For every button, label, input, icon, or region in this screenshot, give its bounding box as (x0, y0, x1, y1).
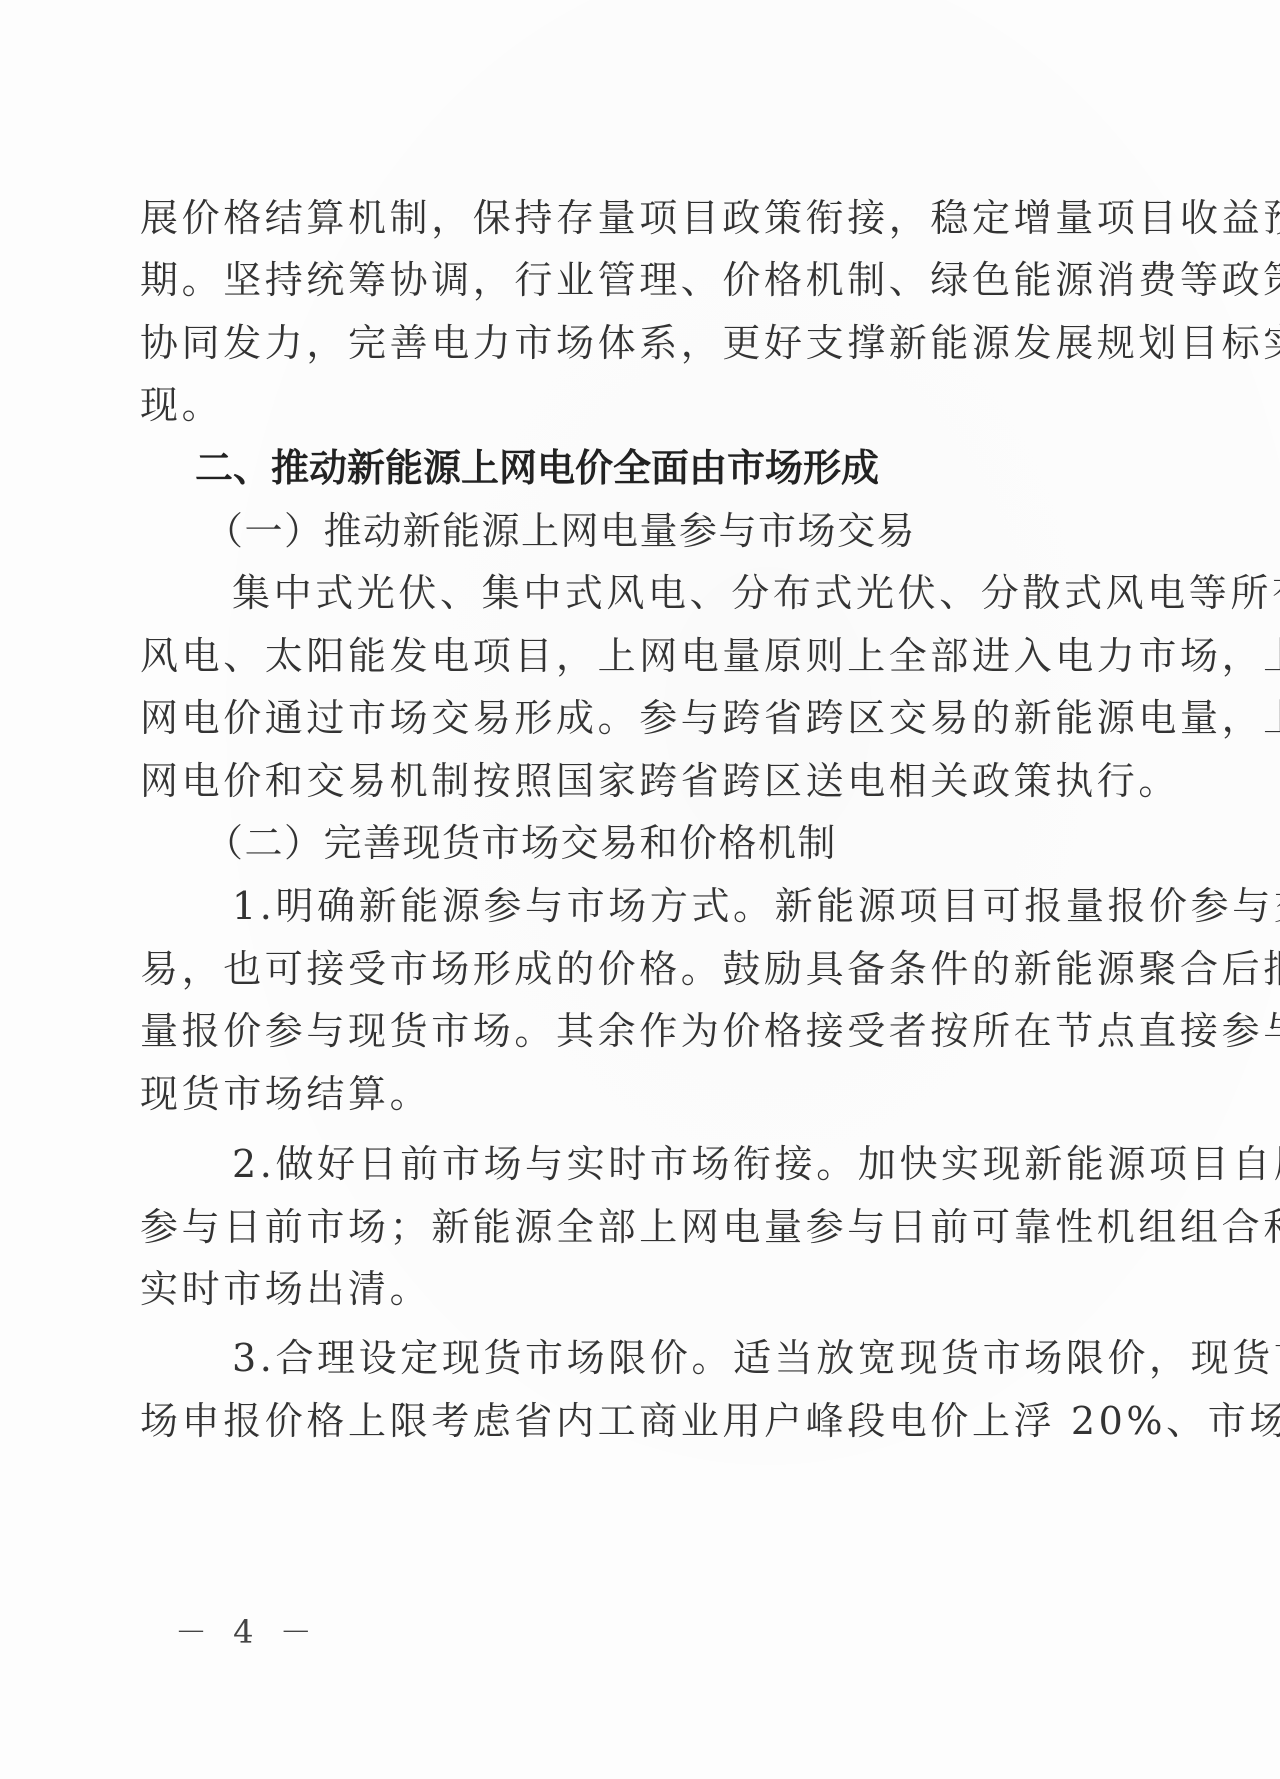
section-heading: 二、推动新能源上网电价全面由市场形成 (195, 443, 879, 493)
list-item-line: 参与日前市场；新能源全部上网电量参与日前可靠性机组组合和 (140, 1202, 1135, 1252)
paragraph-line: 展价格结算机制，保持存量项目政策衔接，稳定增量项目收益预 (140, 193, 1135, 243)
paragraph-line: 风电、太阳能发电项目，上网电量原则上全部进入电力市场，上 (140, 631, 1135, 681)
list-item-line: 3.合理设定现货市场限价。适当放宽现货市场限价，现货市 (232, 1333, 1135, 1383)
document-page: 展价格结算机制，保持存量项目政策衔接，稳定增量项目收益预 期。坚持统筹协调，行业… (0, 0, 1280, 1779)
paragraph-line: 期。坚持统筹协调，行业管理、价格机制、绿色能源消费等政策 (140, 255, 1135, 305)
subsection-heading: （一）推动新能源上网电量参与市场交易 (205, 506, 916, 556)
paragraph-line: 现。 (140, 380, 1135, 430)
list-item-line: 2.做好日前市场与实时市场衔接。加快实现新能源项目自愿 (232, 1139, 1135, 1189)
paragraph-line: 集中式光伏、集中式风电、分布式光伏、分散式风电等所有 (232, 568, 1135, 618)
page-number: － 4 － (175, 1610, 320, 1654)
subsection-heading: （二）完善现货市场交易和价格机制 (205, 818, 837, 868)
paragraph-line: 网电价和交易机制按照国家跨省跨区送电相关政策执行。 (140, 756, 1135, 806)
list-item-line: 量报价参与现货市场。其余作为价格接受者按所在节点直接参与 (140, 1006, 1135, 1056)
paragraph-line: 网电价通过市场交易形成。参与跨省跨区交易的新能源电量，上 (140, 693, 1135, 743)
list-item-line: 易，也可接受市场形成的价格。鼓励具备条件的新能源聚合后报 (140, 944, 1135, 994)
list-item-line: 实时市场出清。 (140, 1264, 1135, 1314)
paragraph-line: 协同发力，完善电力市场体系，更好支撑新能源发展规划目标实 (140, 318, 1135, 368)
list-item-line: 场申报价格上限考虑省内工商业用户峰段电价上浮 20%、市场电 (140, 1396, 1135, 1446)
list-item-line: 1.明确新能源参与市场方式。新能源项目可报量报价参与交 (232, 881, 1135, 931)
list-item-line: 现货市场结算。 (140, 1069, 1135, 1119)
